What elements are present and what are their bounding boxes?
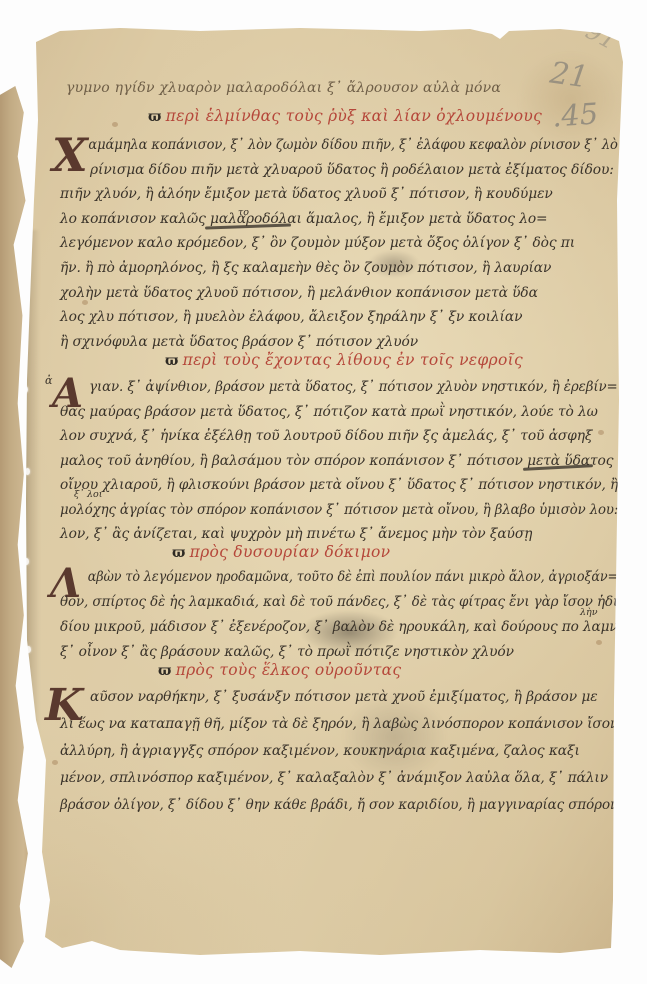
gutter-shadow <box>20 230 40 890</box>
text-line: ῆν. ἢ πὸ ἀμορηλόνος, ἢ ξς καλαμεὴν θὲς ὂ… <box>60 260 618 285</box>
text-line: λον συχνά, ξ᾽ ἡνίκα ἐξέλθῃ τοῦ λουτροῦ δ… <box>60 428 618 453</box>
text-line: αμάμηλα κοπάνισον, ξ᾽ λὸν ζωμὸν δίδου πι… <box>60 137 589 162</box>
text-line: λι ἕως να καταπαγῇ θῆ, μίξον τὰ δὲ ξηρόν… <box>60 716 618 743</box>
folio-number: .45 <box>551 96 599 133</box>
paragraph-dysuria: αβὼν τὸ λεγόμενον ηροδαμῶνα, τοῦτο δὲ ἐπ… <box>60 569 618 669</box>
text-line: λεγόμενον καλο κρόμεδον, ξ᾽ ὂν ζουμὸν μύ… <box>60 235 618 260</box>
text-line: ἀλλύρη, ἢ ἀγριαγγξς σπόρον καξιμένον, κο… <box>60 743 618 770</box>
text-line: αβὼν τὸ λεγόμενον ηροδαμῶνα, τοῦτο δὲ ἐπ… <box>60 569 576 594</box>
text-line: δίου μικροῦ, μάδισον ξ᾽ ἐξενέροζον, ξ᾽ β… <box>60 619 612 644</box>
paragraph-mark-icon: ϖ <box>148 109 162 125</box>
binding-thread-dot <box>23 386 28 393</box>
text-line: λον, ξ᾽ ἂς ἀνίζεται, καὶ ψυχρὸν μὴ πινέτ… <box>60 526 618 551</box>
text-line: βράσον ὀλίγον, ξ᾽ δίδου ξ᾽ θην κάθε βράδ… <box>60 797 604 824</box>
text-line: λος χλυ πότισον, ἢ μυελὸν ἐλάφου, ἄλειξο… <box>60 309 618 334</box>
text-line: μένον, σπλινόσπορ καξιμένον, ξ᾽ καλαξαλὸ… <box>60 770 618 797</box>
text-line: μαλος τοῦ ἀνηθίου, ἢ βαλσάμου τὸν σπόρον… <box>60 453 618 478</box>
rubric-heading-worms: ϖπερὶ ἑλμίνθας τοὺς ῥὺξ καὶ λίαν ὀχλουμέ… <box>148 107 542 125</box>
text-line: ξ᾽ οἶνον ξ᾽ ἂς βράσουν καλῶς, ξ᾽ τὸ πρωῒ… <box>60 644 618 669</box>
binding-thread-dot <box>25 468 30 475</box>
text-line: πιῆν χλυόν, ἢ ἀλόην ἔμιξον μετὰ ὕδατος χ… <box>60 186 618 211</box>
text-line: αῦσον ναρθήκην, ξ᾽ ξυσάνξν πότισον μετὰ … <box>60 689 618 716</box>
superscript-correction: λὴν <box>580 607 598 618</box>
text-line: οἴνου χλιαροῦ, ἢ φλισκούνι βράσον μετὰ ο… <box>60 477 614 502</box>
superscript-correction: ξ᾽ λοι <box>74 489 102 500</box>
text-line: γιαν. ξ᾽ ἀψίνθιον, βράσον μετὰ ὕδατος, ξ… <box>60 379 601 404</box>
superscript-correction: το <box>238 207 249 218</box>
binding-thread-dot <box>24 558 29 565</box>
foxing-spot <box>52 760 58 765</box>
binding-thread-dot <box>26 646 31 653</box>
paragraph-worms: αμάμηλα κοπάνισον, ξ᾽ λὸν ζωμὸν δίδου πι… <box>60 137 618 358</box>
manuscript-page: 91 21 .45 γυμνο ηγίδν χλυαρὸν μαλαροδόλα… <box>0 0 647 984</box>
faded-top-line: γυμνο ηγίδν χλυαρὸν μαλαροδόλαι ξ᾽ ἄλρου… <box>66 80 606 96</box>
heading-text: περὶ ἑλμίνθας τοὺς ῥὺξ καὶ λίαν ὀχλουμέν… <box>166 107 542 125</box>
paragraph-urine: αῦσον ναρθήκην, ξ᾽ ξυσάνξν πότισον μετὰ … <box>60 689 618 824</box>
foxing-spot <box>112 122 118 127</box>
text-line: ἢ σχινόφυλα μετὰ ὕδατος βράσον ξ᾽ πότισο… <box>60 334 618 359</box>
pencil-scribble: 91 <box>581 16 621 55</box>
text-line: θας μαύρας βράσον μετὰ ὕδατος, ξ᾽ πότιζο… <box>60 404 618 429</box>
marginal-letter: ἀ <box>45 374 52 387</box>
paragraph-kidney-stones: γιαν. ξ᾽ ἀψίνθιον, βράσον μετὰ ὕδατος, ξ… <box>60 379 618 551</box>
text-line: ρίνισμα δίδου πιῆν μετὰ χλυαροῦ ὕδατος ἢ… <box>60 162 618 187</box>
text-line: χολὴν μετὰ ὕδατος χλυοῦ πότισον, ἢ μελάν… <box>60 285 618 310</box>
text-line: λο κοπάνισον καλῶς μαλαροδόλαι ἅμαλος, ἢ… <box>60 211 618 236</box>
manuscript-scan: 91 21 .45 γυμνο ηγίδν χλυαρὸν μαλαροδόλα… <box>0 0 647 984</box>
text-line: θον, σπίρτος δὲ ἡς λαμκαδιά, καὶ δὲ τοῦ … <box>60 594 603 619</box>
text-line: μολόχης ἀγρίας τὸν σπόρον κοπάνισον ξ᾽ π… <box>60 502 597 527</box>
